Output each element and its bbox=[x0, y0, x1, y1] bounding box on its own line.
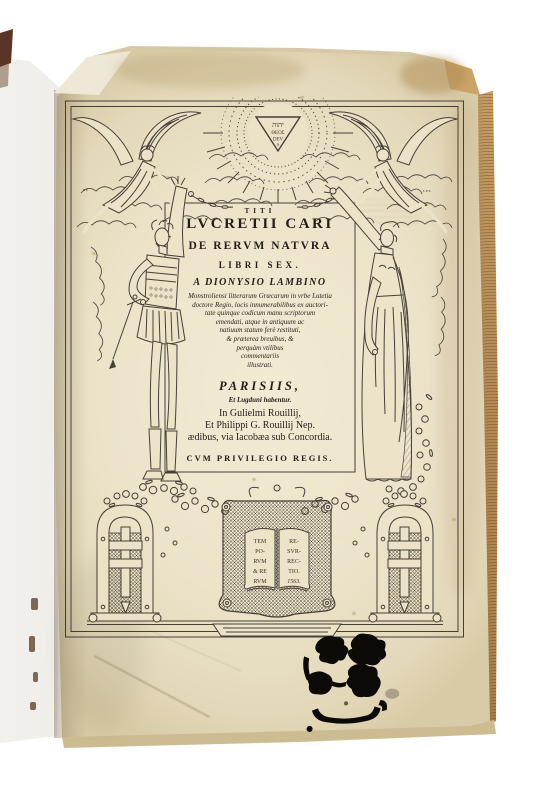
device-line: RVM bbox=[253, 559, 267, 565]
gate-right bbox=[369, 491, 441, 622]
publisher-line-3: ædibus, via Iacobæa sub Concordia. bbox=[165, 432, 355, 443]
device-line: RE- bbox=[289, 539, 299, 545]
tetragrammaton-text: יהוה bbox=[272, 121, 284, 129]
woodcut-signature-left: RE bbox=[83, 188, 88, 192]
title-line-3: LIBRI SEX. bbox=[165, 260, 355, 270]
imprint-note: Et Lugduni habentur. bbox=[165, 396, 355, 404]
editor-line: illustrati. bbox=[165, 361, 355, 370]
editor-line: commentariis bbox=[165, 352, 355, 361]
device-line: TIO. bbox=[288, 569, 300, 575]
editor-line: natiuum statum ferè restituti, bbox=[165, 326, 355, 335]
stain bbox=[400, 56, 466, 94]
publisher-line-1: In Gulielmi Rouillij, bbox=[165, 408, 355, 419]
editor-line: Monstroliensi litterarum Græcarum in vrb… bbox=[165, 292, 355, 301]
device-year: 1563. bbox=[287, 579, 301, 585]
device-line: SVR- bbox=[287, 549, 301, 555]
device-line: & RE bbox=[253, 569, 267, 575]
device-line: REC- bbox=[287, 559, 301, 565]
imprint-city: PARISIIS, bbox=[165, 379, 355, 394]
deus-text-2: S bbox=[277, 142, 279, 147]
stain bbox=[115, 52, 305, 88]
gutter-wear bbox=[29, 636, 35, 652]
gutter-wear bbox=[30, 702, 36, 710]
publisher-line-2: Et Philippi G. Rouillij Nep. bbox=[165, 420, 355, 431]
device-line: RVM bbox=[253, 579, 267, 585]
theos-text: ΘΕΟΣ bbox=[271, 131, 284, 136]
dedicatee-line: TITI bbox=[165, 207, 355, 215]
editor-line: emendati, atque in antiquum ac bbox=[165, 318, 355, 327]
editor-description: Monstroliensi litterarum Græcarum in vrb… bbox=[165, 292, 355, 369]
title-line-1: LVCRETII CARI bbox=[165, 216, 355, 233]
gate-left bbox=[89, 491, 161, 622]
editor-heading: A DIONYSIO LAMBINO bbox=[165, 277, 355, 288]
device-line: TEM bbox=[254, 539, 267, 545]
gutter-wear bbox=[33, 672, 38, 682]
title-line-2: DE RERVM NATVRA bbox=[165, 240, 355, 252]
editor-line: perquàm vtilibus bbox=[165, 344, 355, 353]
device-line: PO- bbox=[255, 549, 265, 555]
editor-line: doctore Regio, locis innumerabilibus ex … bbox=[165, 301, 355, 310]
title-text-block: TITI LVCRETII CARI DE RERVM NATVRA LIBRI… bbox=[165, 205, 355, 473]
cartouche bbox=[219, 485, 335, 617]
ink-stamp bbox=[297, 632, 406, 738]
editor-line: tate quinque codicum manu scriptorum bbox=[165, 309, 355, 318]
woodcut-signature-right: LEX bbox=[423, 189, 431, 193]
privilege-line: CVM PRIVILEGIO REGIS. bbox=[165, 453, 355, 463]
editor-line: & præterea breuibus, & bbox=[165, 335, 355, 344]
gutter-wear bbox=[31, 598, 38, 610]
